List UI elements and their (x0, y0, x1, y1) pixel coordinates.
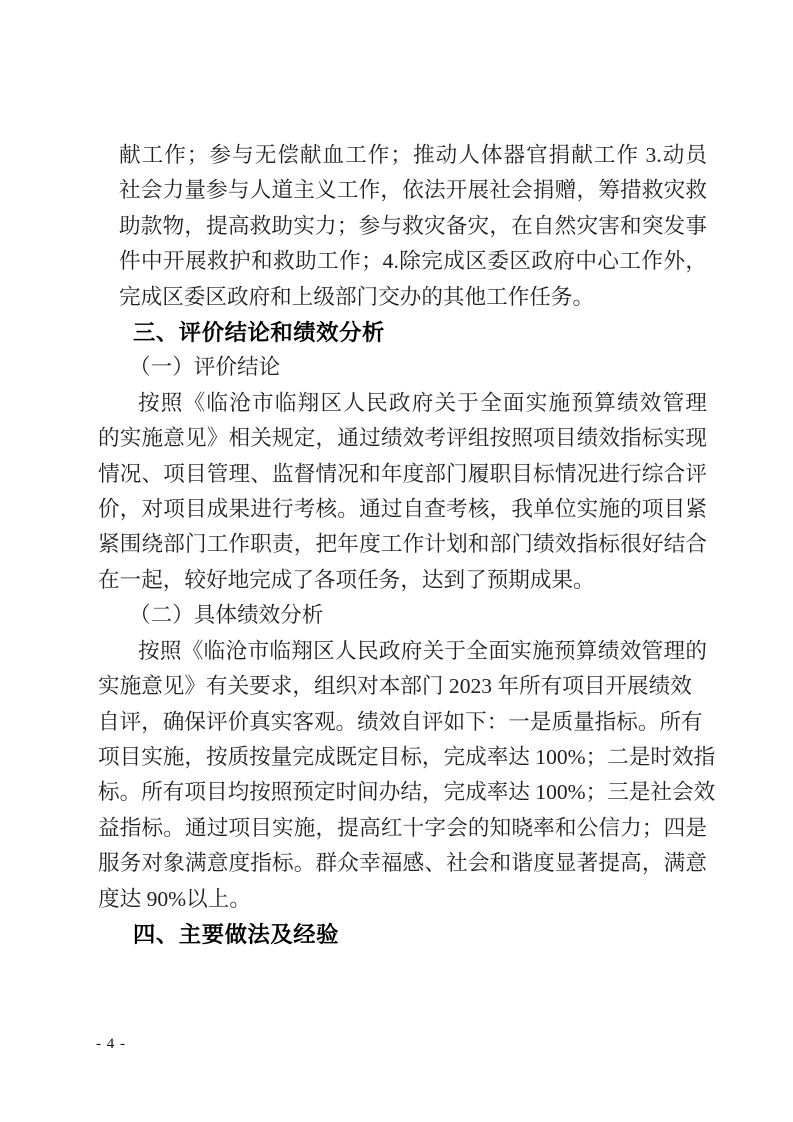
body-line: 标。所有项目均按照预定时间办结，完成率达 100%；三是社会效 (98, 775, 707, 810)
section-heading-3: 三、评价结论和绩效分析 (133, 315, 707, 350)
body-line: 献工作；参与无偿献血工作；推动人体器官捐献工作 3.动员 (119, 138, 707, 173)
body-line: 服务对象满意度指标。群众幸福感、社会和谐度显著提高，满意 (98, 846, 707, 881)
body-line: 度达 90%以上。 (98, 882, 707, 917)
body-line: 社会力量参与人道主义工作，依法开展社会捐赠，筹措救灾救 (119, 173, 707, 208)
body-line: 按照《临沧市临翔区人民政府关于全面实施预算绩效管理 (138, 386, 707, 421)
body-line: 件中开展救护和救助工作；4.除完成区委区政府中心工作外， (119, 244, 707, 279)
section-heading-4: 四、主要做法及经验 (133, 917, 707, 952)
body-line: 益指标。通过项目实施，提高红十字会的知晓率和公信力；四是 (98, 811, 707, 846)
body-line: 完成区委区政府和上级部门交办的其他工作任务。 (119, 280, 707, 315)
body-line: 在一起，较好地完成了各项任务，达到了预期成果。 (98, 563, 707, 598)
subsection-heading-3-2: （二）具体绩效分析 (129, 598, 707, 633)
body-line: 按照《临沧市临翔区人民政府关于全面实施预算绩效管理的 (138, 634, 707, 669)
subsection-heading-3-1: （一）评价结论 (129, 350, 707, 385)
text-content: 献工作；参与无偿献血工作；推动人体器官捐献工作 3.动员 社会力量参与人道主义工… (98, 0, 707, 952)
page-number: - 4 - (96, 1036, 126, 1053)
body-line: 助款物，提高救助实力；参与救灾备灾，在自然灾害和突发事 (119, 209, 707, 244)
body-line: 情况、项目管理、监督情况和年度部门履职目标情况进行综合评 (98, 457, 707, 492)
body-line: 项目实施，按质按量完成既定目标，完成率达 100%；二是时效指 (98, 740, 707, 775)
body-line: 的实施意见》相关规定，通过绩效考评组按照项目绩效指标实现 (98, 421, 707, 456)
body-line: 价，对项目成果进行考核。通过自查考核，我单位实施的项目紧 (98, 492, 707, 527)
document-page: 献工作；参与无偿献血工作；推动人体器官捐献工作 3.动员 社会力量参与人道主义工… (0, 0, 793, 1122)
body-line: 紧围绕部门工作职责，把年度工作计划和部门绩效指标很好结合 (98, 527, 707, 562)
body-line: 自评，确保评价真实客观。绩效自评如下：一是质量指标。所有 (98, 705, 707, 740)
body-line: 实施意见》有关要求，组织对本部门 2023 年所有项目开展绩效 (98, 669, 707, 704)
